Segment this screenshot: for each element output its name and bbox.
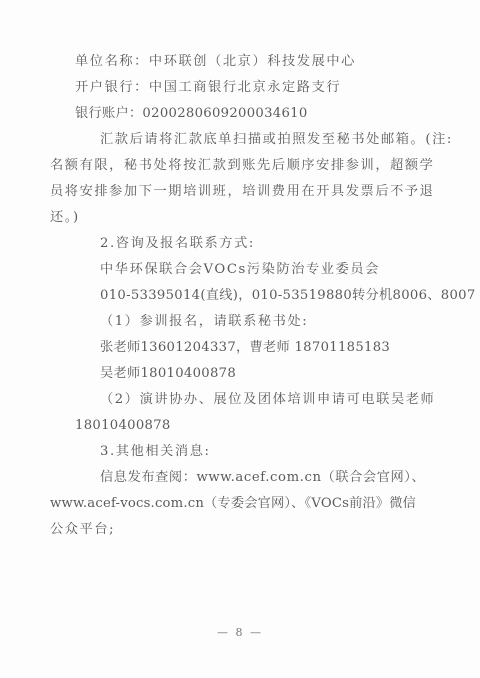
registration-contact-wu: 吴老师18010400878	[100, 364, 440, 384]
remittance-note-line-2: 名额有限，秘书处将按汇款到账先后顺序安排参训，超额学	[50, 156, 410, 176]
info-publish-line-3: 公众平台;	[50, 520, 390, 540]
bank-line: 开户银行：中国工商银行北京永定路支行	[75, 78, 415, 98]
account-number-line: 银行账户：0200280609200034610	[75, 104, 415, 124]
other-info-heading: 3.其他相关消息:	[100, 442, 440, 462]
phone-line: 010-53395014(直线)，010-53519880转分机8006、800…	[100, 286, 440, 306]
contact-heading: 2.咨询及报名联系方式:	[100, 234, 440, 254]
info-publish-line-2: www.acef-vocs.com.cn（专委会官网）、《VOCs前沿》微信	[50, 494, 420, 514]
remittance-note-line-1: 汇款后请将汇款底单扫描或拍照发至秘书处邮箱。(注:	[100, 130, 440, 150]
remittance-note-line-4: 还。)	[50, 208, 390, 228]
sponsorship-phone: 18010400878	[75, 416, 415, 436]
document-page: 单位名称：中环联创（北京）科技发展中心 开户银行：中国工商银行北京永定路支行 银…	[0, 0, 480, 678]
page-number: — 8 —	[0, 626, 480, 639]
info-publish-line-1: 信息发布查阅：www.acef.com.cn（联合会官网）、	[100, 468, 440, 488]
committee-name: 中华环保联合会VOCs污染防治专业委员会	[100, 260, 440, 280]
sponsorship-line: （2）演讲协办、展位及团体培训申请可电联吴老师	[100, 390, 440, 410]
registration-heading: （1）参训报名，请联系秘书处:	[100, 312, 440, 332]
remittance-note-line-3: 员将安排参加下一期培训班，培训费用在开具发票后不予退	[50, 182, 410, 202]
registration-contacts: 张老师13601204337，曹老师 18701185183	[100, 338, 440, 358]
account-name-line: 单位名称：中环联创（北京）科技发展中心	[75, 52, 415, 72]
